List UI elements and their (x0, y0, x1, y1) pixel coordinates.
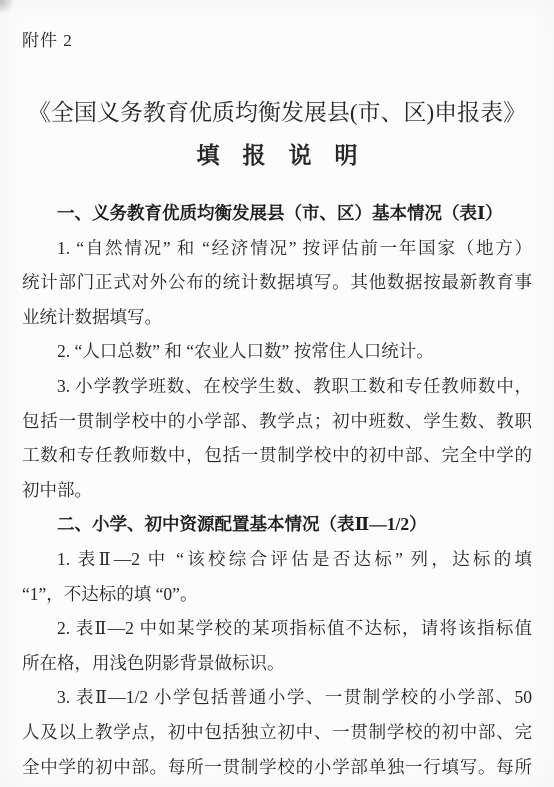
section-heading: 二、小学、初中资源配置基本情况（表Ⅱ—1/2） (22, 507, 532, 542)
scan-artifact (0, 0, 16, 13)
text-line: “1”，不达标的填 “0”。 (22, 577, 532, 612)
text-line: 包括一贯制学校中的小学部、教学点；初中班数、学生数、教职 (22, 404, 532, 439)
section-heading: 一、义务教育优质均衡发展县（市、区）基本情况（表Ⅰ） (22, 196, 532, 231)
text-line: 工数和专任教师数中，包括一贯制学校中的初中部、完全中学的 (22, 438, 532, 473)
attachment-label: 附件 2 (22, 30, 73, 51)
text-line: 业统计数据填写。 (22, 300, 532, 335)
text-line: 初中部。 (22, 473, 532, 508)
text-line: 3. 小学教学班数、在校学生数、教职工数和专任教师数中， (22, 369, 532, 404)
page-subtitle: 填 报 说 明 (0, 142, 554, 170)
document-body: 一、义务教育优质均衡发展县（市、区）基本情况（表Ⅰ）1. “自然情况” 和 “经… (22, 196, 532, 784)
text-line: 人及以上教学点，初中包括独立初中、一贯制学校的初中部、完 (22, 715, 532, 750)
page-title: 《全国义务教育优质均衡发展县(市、区)申报表》 (0, 99, 554, 127)
text-line: 全中学的初中部。每所一贯制学校的小学部单独一行填写。每所 (22, 750, 532, 785)
text-line: 2. “人口总数” 和 “农业人口数” 按常住人口统计。 (22, 334, 532, 369)
text-line: 1. 表Ⅱ—2 中 “该校综合评估是否达标” 列，达标的填 (22, 542, 532, 577)
text-line: 1. “自然情况” 和 “经济情况” 按评估前一年国家（地方） (22, 231, 532, 266)
text-line: 2. 表Ⅱ—2 中如某学校的某项指标值不达标，请将该指标值 (22, 611, 532, 646)
document-page: 附件 2 《全国义务教育优质均衡发展县(市、区)申报表》 填 报 说 明 一、义… (0, 0, 554, 787)
text-line: 3. 表Ⅱ—1/2 小学包括普通小学、一贯制学校的小学部、50 (22, 680, 532, 715)
text-line: 统计部门正式对外公布的统计数据填写。其他数据按最新教育事 (22, 265, 532, 300)
text-line: 所在格，用浅色阴影背景做标识。 (22, 646, 532, 681)
